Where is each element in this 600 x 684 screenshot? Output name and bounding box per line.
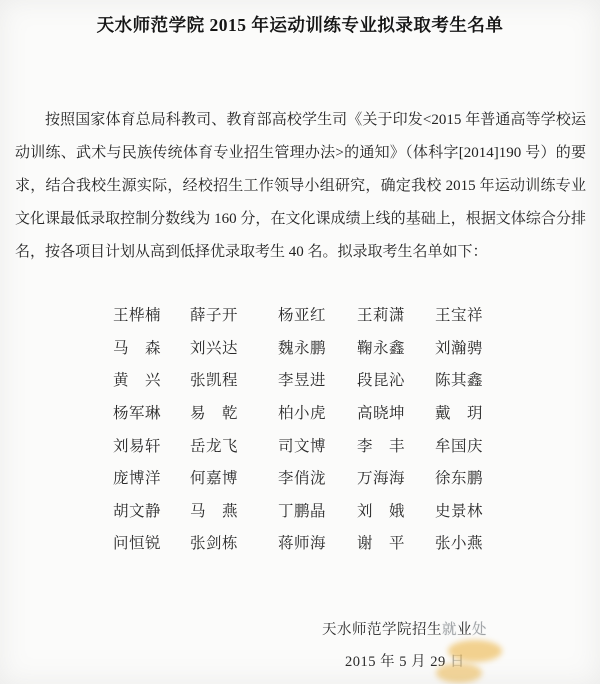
name-cell: 王莉潇: [357, 298, 435, 331]
name-cell: 张小燕: [435, 526, 515, 559]
body-paragraph: 按照国家体育总局科教司、教育部高校学生司《关于印发<2015 年普通高等学校运动…: [15, 104, 586, 269]
scanned-notice-page: 天水师范学院 2015 年运动训练专业拟录取考生名单 按照国家体育总局科教司、教…: [0, 0, 600, 684]
name-cell: 马 燕: [190, 494, 278, 527]
name-cell: 杨军琳: [113, 396, 190, 429]
name-cell: 鞠永鑫: [357, 331, 435, 364]
name-cell: 刘 娥: [357, 494, 435, 527]
name-cell: 高晓坤: [357, 396, 435, 429]
name-cell: 牟国庆: [435, 428, 515, 461]
name-cell: 问恒锐: [113, 526, 190, 559]
signature-line: 天水师范学院招生就业处: [322, 618, 487, 639]
name-cell: 张凯程: [190, 363, 278, 396]
document-title: 天水师范学院 2015 年运动训练专业拟录取考生名单: [0, 12, 600, 37]
name-cell: 岳龙飞: [190, 428, 278, 461]
name-cell: 刘瀚骋: [435, 331, 515, 364]
date-text: 2015 年 5 月 29: [345, 654, 450, 670]
name-cell: 庞博洋: [113, 461, 190, 494]
signature-text-2: 业: [457, 622, 472, 638]
signature-text: 天水师范学院招生: [322, 622, 442, 638]
signature-faded-char: 就: [442, 622, 457, 638]
name-cell: 薛子开: [190, 298, 278, 331]
name-cell: 丁鹏晶: [278, 494, 357, 527]
name-cell: 史景林: [435, 494, 515, 527]
name-cell: 刘兴达: [190, 331, 278, 364]
name-cell: 段昆沁: [357, 363, 435, 396]
name-cell: 杨亚红: [278, 298, 357, 331]
name-cell: 黄 兴: [113, 363, 190, 396]
name-cell: 魏永鹏: [278, 331, 357, 364]
date-line: 2015 年 5 月 29 日: [345, 650, 465, 671]
date-faded-char: 日: [450, 654, 465, 670]
name-cell: 万海海: [357, 461, 435, 494]
admitted-names-table: 王桦楠薛子开杨亚红王莉潇王宝祥马 森刘兴达魏永鹏鞠永鑫刘瀚骋黄 兴张凯程李昱进段…: [113, 298, 515, 559]
name-cell: 柏小虎: [278, 396, 357, 429]
name-cell: 蒋师海: [278, 526, 357, 559]
name-cell: 王桦楠: [113, 298, 190, 331]
name-cell: 何嘉博: [190, 461, 278, 494]
name-cell: 胡文静: [113, 494, 190, 527]
name-cell: 李俏泷: [278, 461, 357, 494]
name-cell: 张剑栋: [190, 526, 278, 559]
signature-faded-char-2: 处: [472, 622, 487, 638]
name-cell: 司文博: [278, 428, 357, 461]
name-cell: 戴 玥: [435, 396, 515, 429]
name-cell: 李 丰: [357, 428, 435, 461]
name-cell: 李昱进: [278, 363, 357, 396]
name-cell: 徐东鹏: [435, 461, 515, 494]
name-cell: 陈其鑫: [435, 363, 515, 396]
name-cell: 谢 平: [357, 526, 435, 559]
name-cell: 刘易轩: [113, 428, 190, 461]
name-cell: 马 森: [113, 331, 190, 364]
name-cell: 易 乾: [190, 396, 278, 429]
name-cell: 王宝祥: [435, 298, 515, 331]
